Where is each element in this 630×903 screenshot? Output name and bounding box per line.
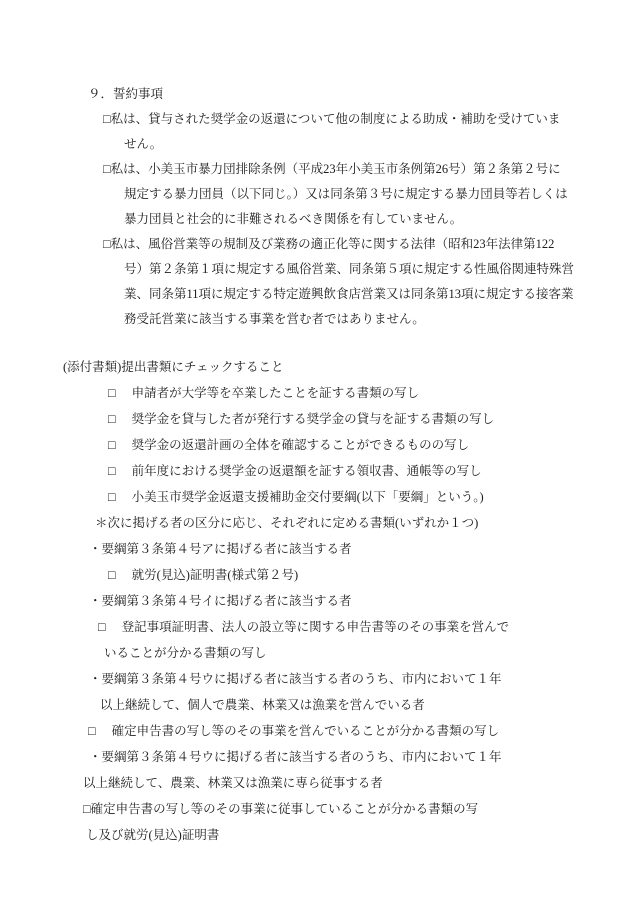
line-text: 小美玉市奨学金返還支援補助金交付要綱(以下「要綱」という。) bbox=[132, 490, 484, 504]
checkbox-icon: □ bbox=[108, 458, 116, 484]
document-line: □奨学金の返還計画の全体を確認することができるものの写し bbox=[108, 432, 630, 458]
checkbox-icon: □ bbox=[88, 718, 96, 744]
document-line: □前年度における奨学金の返還額を証する領収書、通帳等の写し bbox=[108, 458, 630, 484]
document-line: □私は、貸与された奨学金の返還について他の制度による助成・補助を受けていま bbox=[103, 107, 630, 132]
line-text: し及び就労(見込)証明書 bbox=[86, 828, 219, 842]
checkbox-icon: □ bbox=[103, 232, 111, 257]
asterisk-icon: ＊ bbox=[95, 510, 108, 536]
document-line: ・要綱第３条第４号ウに掲げる者に該当する者のうち、市内において１年 bbox=[89, 744, 630, 770]
document-line: □小美玉市奨学金返還支援補助金交付要綱(以下「要綱」という。) bbox=[108, 484, 630, 510]
bullet-icon: ・ bbox=[89, 666, 102, 692]
attachment-lines: □申請者が大学等を卒業したことを証する書類の写し□奨学金を貸与した者が発行する奨… bbox=[0, 380, 630, 848]
checkbox-icon: □ bbox=[98, 614, 106, 640]
document-line: 号）第２条第１項に規定する風俗営業、同条第５項に規定する性風俗関連特殊営 bbox=[124, 257, 630, 282]
line-text: 前年度における奨学金の返還額を証する領収書、通帳等の写し bbox=[132, 464, 482, 478]
pledge-section: ９．誓約事項 □私は、貸与された奨学金の返還について他の制度による助成・補助を受… bbox=[0, 82, 630, 332]
document-line: ・要綱第３条第４号イに掲げる者に該当する者 bbox=[89, 588, 630, 614]
line-text: 私は、貸与された奨学金の返還について他の制度による助成・補助を受けていま bbox=[111, 112, 561, 126]
document-line: 暴力団員と社会的に非難されるべき関係を有していません。 bbox=[124, 207, 630, 232]
document-line: □申請者が大学等を卒業したことを証する書類の写し bbox=[108, 380, 630, 406]
line-text: 就労(見込)証明書(様式第２号) bbox=[132, 568, 299, 582]
document-line: □私は、風俗営業等の規制及び業務の適正化等に関する法律（昭和23年法律第122 bbox=[103, 232, 630, 257]
bullet-icon: ・ bbox=[89, 536, 102, 562]
line-text: 以上継続して、個人で農業、林業又は漁業を営んでいる者 bbox=[100, 698, 425, 712]
line-text: 申請者が大学等を卒業したことを証する書類の写し bbox=[132, 386, 420, 400]
document-line: □確定申告書の写し等のその事業に従事していることが分かる書類の写 bbox=[83, 796, 630, 822]
document-page: ９．誓約事項 □私は、貸与された奨学金の返還について他の制度による助成・補助を受… bbox=[0, 0, 630, 903]
document-line: 務受託営業に該当する事業を営む者ではありません。 bbox=[124, 307, 630, 332]
line-text: いることが分かる書類の写し bbox=[104, 646, 267, 660]
document-line: ＊次に掲げる者の区分に応じ、それぞれに定める書類(いずれか１つ) bbox=[95, 510, 630, 536]
pledge-lines: □私は、貸与された奨学金の返還について他の制度による助成・補助を受けていません。… bbox=[0, 107, 630, 332]
document-line: 以上継続して、農業、林業又は漁業に専ら従事する者 bbox=[83, 770, 630, 796]
line-text: 私は、小美玉市暴力団排除条例（平成23年小美玉市条例第26号）第２条第２号に bbox=[111, 162, 561, 176]
checkbox-icon: □ bbox=[108, 380, 116, 406]
line-text: 確定申告書の写し等のその事業を営んでいることが分かる書類の写し bbox=[112, 724, 500, 738]
line-text: 次に掲げる者の区分に応じ、それぞれに定める書類(いずれか１つ) bbox=[108, 516, 479, 530]
line-text: 登記事項証明書、法人の設立等に関する申告書等のその事業を営んで bbox=[122, 620, 510, 634]
document-line: 規定する暴力団員（以下同じ。）又は同条第３号に規定する暴力団員等若しくは bbox=[124, 182, 630, 207]
attachments-section: (添付書類)提出書類にチェックすること □申請者が大学等を卒業したことを証する書… bbox=[0, 354, 630, 848]
line-text: 要綱第３条第４号ウに掲げる者に該当する者のうち、市内において１年 bbox=[102, 672, 502, 686]
bullet-icon: ・ bbox=[89, 588, 102, 614]
document-line: せん。 bbox=[124, 132, 630, 157]
document-line: ・要綱第３条第４号アに掲げる者に該当する者 bbox=[89, 536, 630, 562]
checkbox-icon: □ bbox=[108, 484, 116, 510]
document-line: □就労(見込)証明書(様式第２号) bbox=[108, 562, 630, 588]
line-text: 号）第２条第１項に規定する風俗営業、同条第５項に規定する性風俗関連特殊営 bbox=[124, 262, 574, 276]
line-text: 奨学金を貸与した者が発行する奨学金の貸与を証する書類の写し bbox=[132, 412, 495, 426]
line-text: 業、同条第11項に規定する特定遊興飲食店営業又は同条第13項に規定する接客業 bbox=[124, 287, 574, 301]
checkbox-icon: □ bbox=[108, 562, 116, 588]
document-line: ・要綱第３条第４号ウに掲げる者に該当する者のうち、市内において１年 bbox=[89, 666, 630, 692]
line-text: 要綱第３条第４号アに掲げる者に該当する者 bbox=[102, 542, 352, 556]
document-line: し及び就労(見込)証明書 bbox=[86, 822, 630, 848]
bullet-icon: ・ bbox=[89, 744, 102, 770]
line-text: 確定申告書の写し等のその事業に従事していることが分かる書類の写 bbox=[91, 802, 479, 816]
document-line: 業、同条第11項に規定する特定遊興飲食店営業又は同条第13項に規定する接客業 bbox=[124, 282, 630, 307]
checkbox-icon: □ bbox=[108, 432, 116, 458]
document-line: □奨学金を貸与した者が発行する奨学金の貸与を証する書類の写し bbox=[108, 406, 630, 432]
line-text: 暴力団員と社会的に非難されるべき関係を有していません。 bbox=[124, 212, 462, 226]
line-text: 要綱第３条第４号ウに掲げる者に該当する者のうち、市内において１年 bbox=[102, 750, 502, 764]
pledge-section-heading: ９．誓約事項 bbox=[88, 82, 630, 107]
checkbox-icon: □ bbox=[103, 157, 111, 182]
checkbox-icon: □ bbox=[83, 796, 91, 822]
checkbox-icon: □ bbox=[108, 406, 116, 432]
document-line: □私は、小美玉市暴力団排除条例（平成23年小美玉市条例第26号）第２条第２号に bbox=[103, 157, 630, 182]
attachments-section-heading: (添付書類)提出書類にチェックすること bbox=[63, 354, 630, 380]
line-text: 規定する暴力団員（以下同じ。）又は同条第３号に規定する暴力団員等若しくは bbox=[124, 187, 568, 201]
line-text: 以上継続して、農業、林業又は漁業に専ら従事する者 bbox=[83, 776, 383, 790]
document-line: □確定申告書の写し等のその事業を営んでいることが分かる書類の写し bbox=[88, 718, 630, 744]
checkbox-icon: □ bbox=[103, 107, 111, 132]
document-line: いることが分かる書類の写し bbox=[104, 640, 630, 666]
line-text: 務受託営業に該当する事業を営む者ではありません。 bbox=[124, 312, 425, 326]
line-text: 要綱第３条第４号イに掲げる者に該当する者 bbox=[102, 594, 352, 608]
document-line: 以上継続して、個人で農業、林業又は漁業を営んでいる者 bbox=[100, 692, 630, 718]
document-line: □登記事項証明書、法人の設立等に関する申告書等のその事業を営んで bbox=[98, 614, 630, 640]
line-text: 私は、風俗営業等の規制及び業務の適正化等に関する法律（昭和23年法律第122 bbox=[111, 237, 555, 251]
line-text: せん。 bbox=[124, 137, 162, 151]
line-text: 奨学金の返還計画の全体を確認することができるものの写し bbox=[132, 438, 470, 452]
